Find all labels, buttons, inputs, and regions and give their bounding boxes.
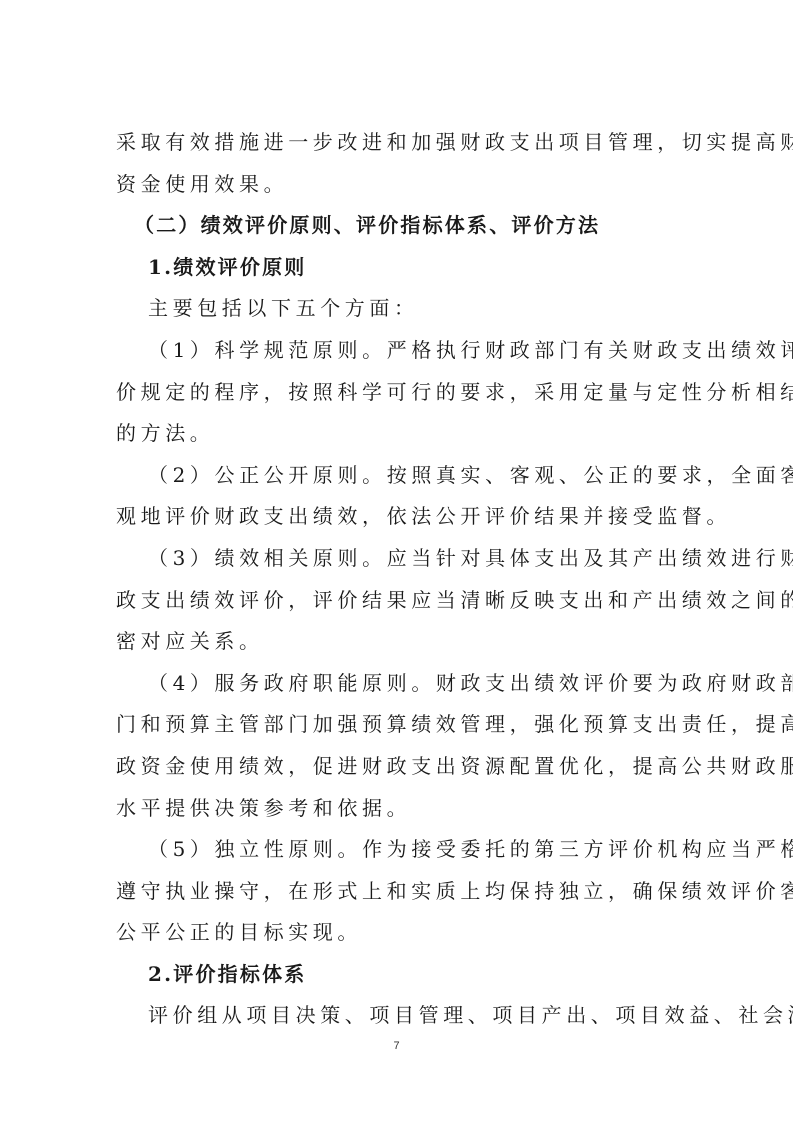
paragraph-line: 门和预算主管部门加强预算绩效管理，强化预算支出责任，提高财 <box>116 704 722 746</box>
document-body: 采取有效措施进一步改进和加强财政支出项目管理，切实提高财政 资金使用效果。 （二… <box>116 122 722 1037</box>
paragraph-line: 公平公正的目标实现。 <box>116 912 722 954</box>
paragraph-line: 的方法。 <box>116 413 722 455</box>
paragraph-line: 价规定的程序，按照科学可行的要求，采用定量与定性分析相结合 <box>116 372 722 414</box>
paragraph-line: 主要包括以下五个方面： <box>116 288 722 330</box>
paragraph-line: 采取有效措施进一步改进和加强财政支出项目管理，切实提高财政 <box>116 122 722 164</box>
paragraph-line: 政资金使用绩效，促进财政支出资源配置优化，提高公共财政服务 <box>116 746 722 788</box>
paragraph-line: 水平提供决策参考和依据。 <box>116 788 722 830</box>
paragraph-line: 政支出绩效评价，评价结果应当清晰反映支出和产出绩效之间的紧 <box>116 580 722 622</box>
principle-4-line: （4）服务政府职能原则。财政支出绩效评价要为政府财政部 <box>116 663 722 705</box>
subsection-heading: 2.评价指标体系 <box>116 954 722 996</box>
paragraph-line: 资金使用效果。 <box>116 164 722 206</box>
page-number: 7 <box>0 1040 793 1052</box>
principle-5-line: （5）独立性原则。作为接受委托的第三方评价机构应当严格 <box>116 829 722 871</box>
section-heading: （二）绩效评价原则、评价指标体系、评价方法 <box>116 205 722 247</box>
paragraph-line: 密对应关系。 <box>116 621 722 663</box>
principle-2-line: （2）公正公开原则。按照真实、客观、公正的要求，全面客 <box>116 455 722 497</box>
subsection-heading: 1.绩效评价原则 <box>116 247 722 289</box>
paragraph-line: 遵守执业操守，在形式上和实质上均保持独立，确保绩效评价客观 <box>116 871 722 913</box>
paragraph-line: 观地评价财政支出绩效，依法公开评价结果并接受监督。 <box>116 496 722 538</box>
document-page: 采取有效措施进一步改进和加强财政支出项目管理，切实提高财政 资金使用效果。 （二… <box>0 0 793 1122</box>
principle-1-line: （1）科学规范原则。严格执行财政部门有关财政支出绩效评 <box>116 330 722 372</box>
paragraph-line: 评价组从项目决策、项目管理、项目产出、项目效益、社会满 <box>116 995 722 1037</box>
principle-3-line: （3）绩效相关原则。应当针对具体支出及其产出绩效进行财 <box>116 538 722 580</box>
